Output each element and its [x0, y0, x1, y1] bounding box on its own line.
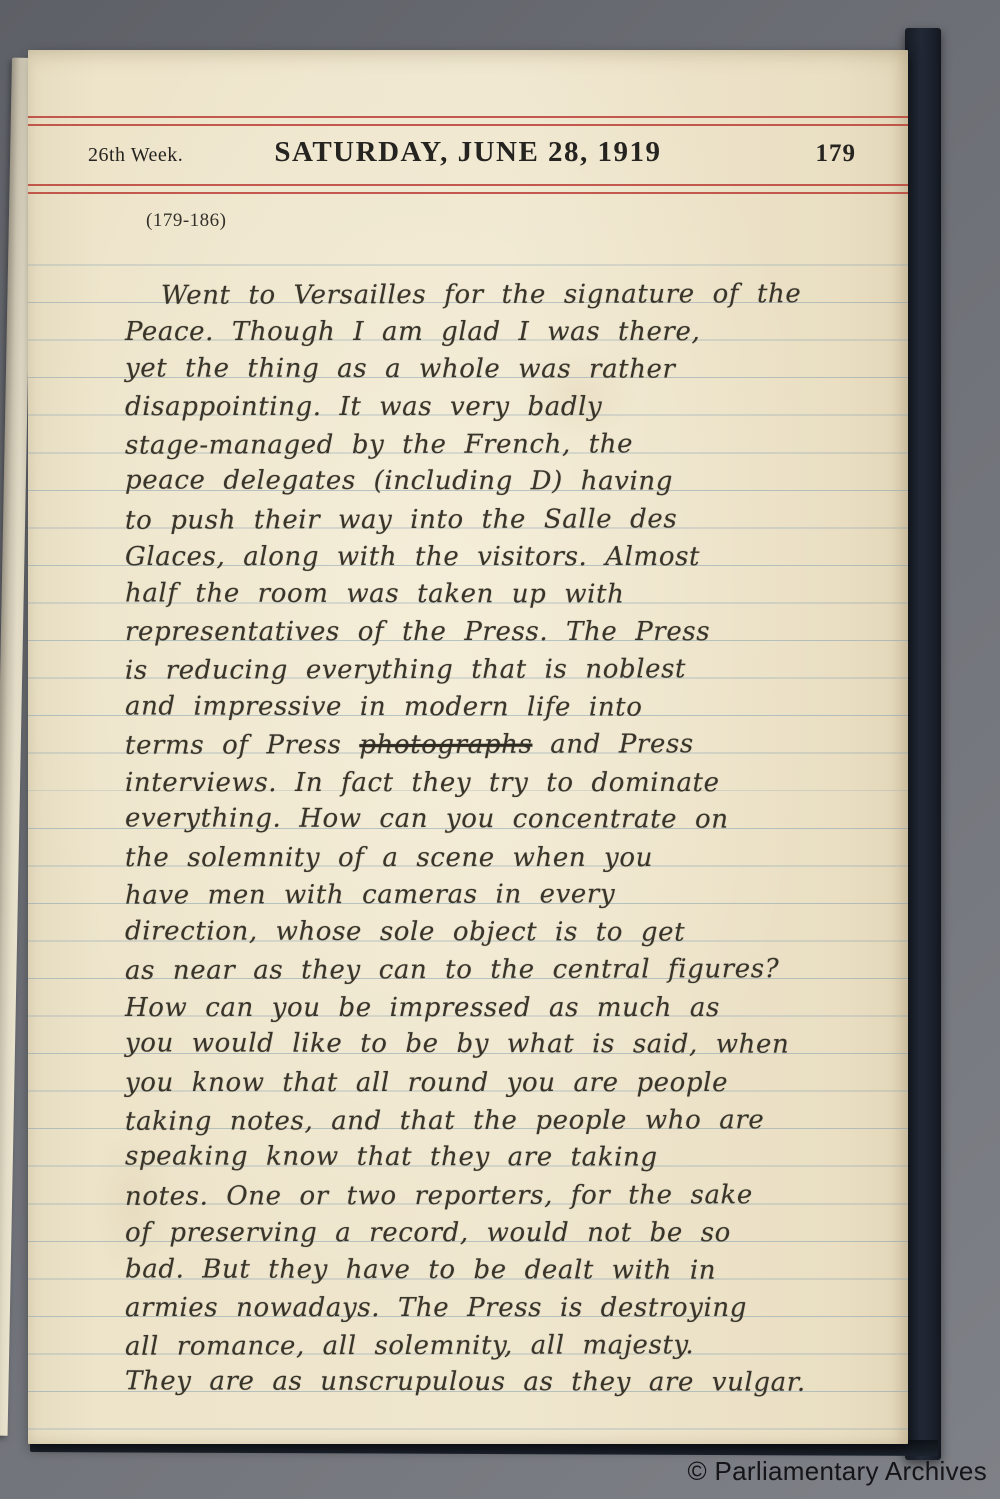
printed-header: 26th Week. SATURDAY, JUNE 28, 1919 179	[28, 130, 908, 180]
scanned-diary-photo: 26th Week. SATURDAY, JUNE 28, 1919 179 (…	[0, 0, 1000, 1499]
handwriting-line: Went to Versailles for the signature of …	[125, 265, 892, 303]
red-rule-bottom	[28, 184, 908, 194]
diary-page: 26th Week. SATURDAY, JUNE 28, 1919 179 (…	[28, 50, 908, 1444]
watermark-text: © Parliamentary Archives	[688, 1456, 987, 1487]
page-number: 179	[816, 140, 857, 168]
red-rule-top	[28, 116, 908, 126]
date-title: SATURDAY, JUNE 28, 1919	[28, 136, 908, 169]
book-spine	[905, 28, 941, 1460]
struck-through-word: photographs	[359, 730, 532, 760]
handwriting-text: Went to Versailles for the signature of …	[125, 265, 892, 1391]
